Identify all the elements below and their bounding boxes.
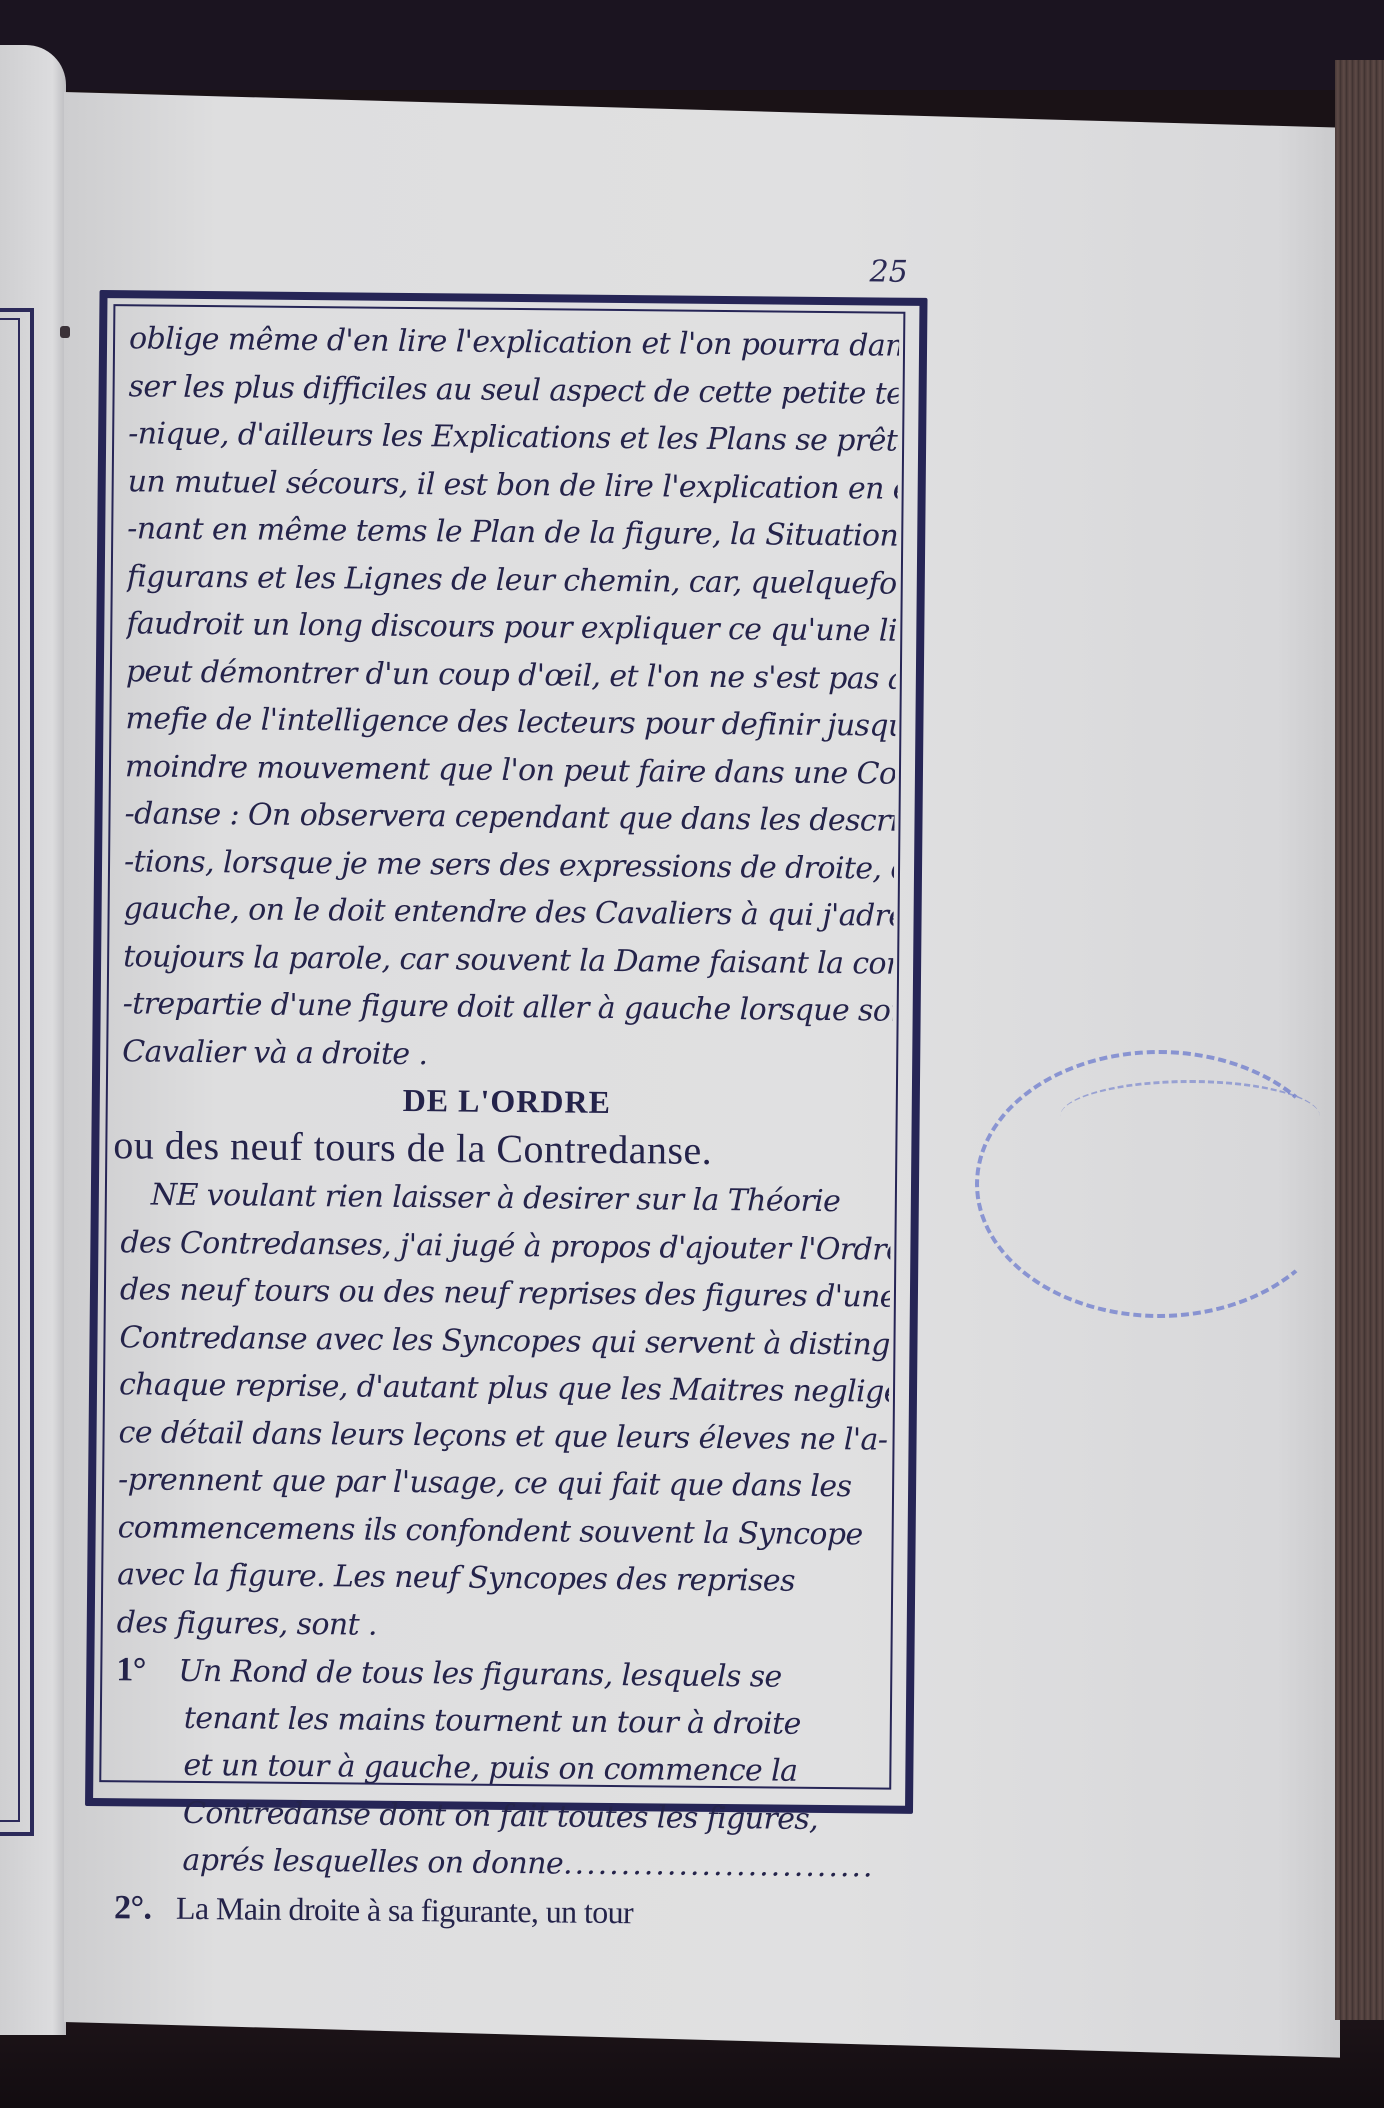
text-line: -trepartie d'une figure doit aller à gau… xyxy=(122,980,892,1035)
text-line: mefie de l'intelligence des lecteurs pou… xyxy=(125,695,895,750)
item-number: 1° xyxy=(116,1646,178,1694)
item-text: aprés lesquelles on donne xyxy=(182,1843,563,1882)
text-line: toujours la parole, car souvent la Dame … xyxy=(123,933,893,988)
list-item-1: 1°Un Rond de tous les figurans, lesquels… xyxy=(114,1646,886,1891)
paragraph-order: NE voulant rien laisser à desirer sur la… xyxy=(117,1171,892,1653)
text-line: NE voulant rien laisser à desirer sur la… xyxy=(121,1171,891,1226)
section-subheading: ou des neuf tours de la Contredanse. xyxy=(113,1119,891,1178)
page-number: 25 xyxy=(869,254,908,289)
text-line: -nant en même tems le Plan de la figure,… xyxy=(127,505,897,560)
text-line: ce détail dans leurs leçons et que leurs… xyxy=(118,1409,888,1464)
text-line: -danse : On observera cependant que dans… xyxy=(124,790,894,845)
text-line: Contredanse avec les Syncopes qui serven… xyxy=(119,1314,889,1369)
item-number: 2°. xyxy=(114,1884,176,1932)
dot-leader: ........................... xyxy=(563,1847,875,1885)
left-page-frame-inner-border xyxy=(0,318,20,1822)
library-stamp-inner-ring xyxy=(1060,1080,1320,1153)
text-line: -tions, lorsque je me sers des expressio… xyxy=(124,838,894,893)
section-heading: DE L'ORDRE xyxy=(122,1075,892,1126)
text-line: des neuf tours ou des neuf reprises des … xyxy=(120,1266,890,1321)
text-line: figurans et les Lignes de leur chemin, c… xyxy=(127,553,897,608)
text-line: et un tour à gauche, puis on commence la xyxy=(115,1741,885,1796)
text-line: moindre mouvement que l'on peut faire da… xyxy=(125,743,895,798)
paragraph-explanations: oblige même d'en lire l'explication et l… xyxy=(122,315,899,1082)
text-line: -nique, d'ailleurs les Explications et l… xyxy=(128,410,898,465)
text-line: -prennent que par l'usage, ce qui fait q… xyxy=(118,1456,888,1511)
text-line: Contredanse dont on fait toutes les figu… xyxy=(115,1789,885,1844)
text-line: des Contredanses, j'ai jugé à propos d'a… xyxy=(120,1219,890,1274)
text-line: avec la figure. Les neuf Syncopes des re… xyxy=(117,1551,887,1606)
item-text: Un Rond de tous les figurans, lesquels s… xyxy=(178,1654,782,1695)
text-line: chaque reprise, d'autant plus que les Ma… xyxy=(119,1361,889,1416)
dark-background-top xyxy=(0,0,1384,90)
list-item-2: 2°.La Main droite à sa figurante, un tou… xyxy=(114,1884,884,1939)
item-text: La Main droite à sa figurante, un tour xyxy=(176,1889,633,1929)
text-line: gauche, on le doit entendre des Cavalier… xyxy=(123,885,893,940)
text-line: un mutuel sécours, il est bon de lire l'… xyxy=(128,458,898,513)
page-content: 25 oblige même d'en lire l'explication e… xyxy=(85,245,930,1813)
text-line: Cavalier và a droite . xyxy=(122,1028,892,1083)
text-block: oblige même d'en lire l'explication et l… xyxy=(114,315,899,1938)
text-line: ser les plus difficiles au seul aspect d… xyxy=(128,363,898,418)
text-line: 1°Un Rond de tous les figurans, lesquels… xyxy=(116,1646,886,1701)
text-line: aprés lesquelles on donne...............… xyxy=(114,1836,884,1891)
gutter-mark xyxy=(60,326,70,338)
text-line: peut démontrer d'un coup d'œil, et l'on … xyxy=(126,648,896,703)
text-line: des figures, sont . xyxy=(117,1599,887,1654)
book-page-edges xyxy=(1335,60,1384,2020)
text-line: tenant les mains tournent un tour à droi… xyxy=(116,1694,886,1749)
text-line: oblige même d'en lire l'explication et l… xyxy=(129,315,899,370)
text-line: faudroit un long discours pour expliquer… xyxy=(126,600,896,655)
text-line: 2°.La Main droite à sa figurante, un tou… xyxy=(114,1884,884,1939)
text-line: commencemens ils confondent souvent la S… xyxy=(117,1504,887,1559)
